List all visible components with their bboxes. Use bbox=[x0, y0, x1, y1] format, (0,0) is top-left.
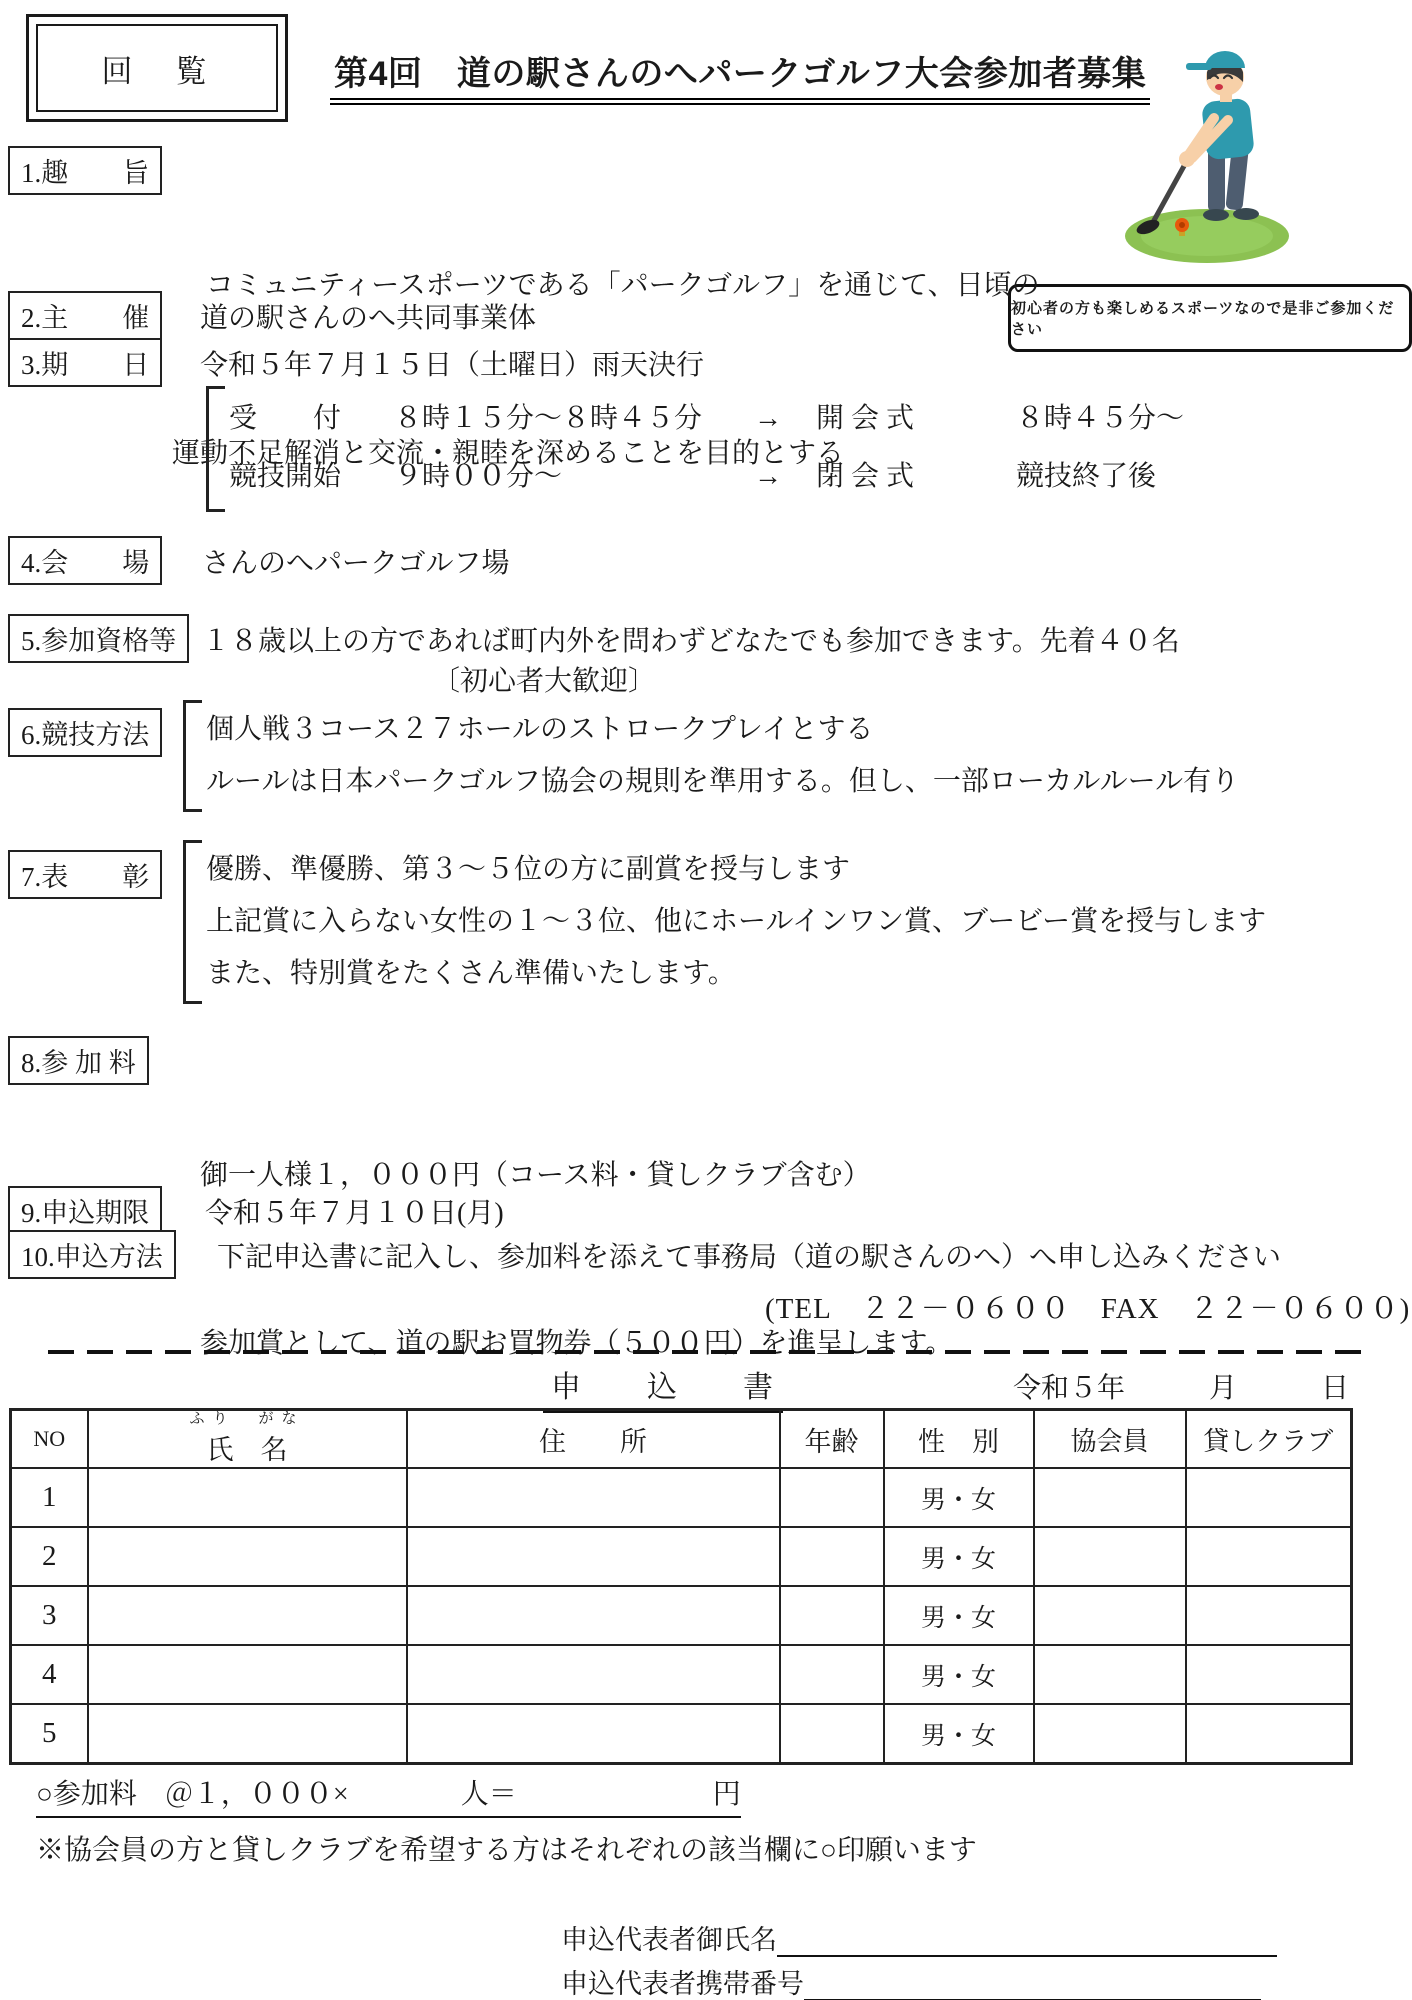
representative-phone-blank bbox=[804, 1965, 1261, 2000]
rules-line2: ルールは日本パークゴルフ協会の規則を準用する。但し、一部ローカルルール有り bbox=[206, 756, 1239, 808]
awards-line3: また、特別賞をたくさん準備いたします。 bbox=[206, 948, 1266, 1000]
section-label-date: 3.期 日 bbox=[8, 338, 162, 387]
row-number: 4 bbox=[11, 1645, 88, 1704]
section-label-eligibility: 5.参加資格等 bbox=[8, 614, 189, 663]
header-name-main: 氏 名 bbox=[89, 1428, 406, 1467]
hands-shape bbox=[1179, 151, 1195, 167]
rules-line1: 個人戦３コース２７ホールのストロークプレイとする bbox=[206, 704, 1239, 756]
name-cell bbox=[88, 1586, 407, 1645]
rental-cell bbox=[1186, 1468, 1352, 1527]
schedule-row-reception: 受 付 ８時１５分～８時４５分 → 開 会 式 ８時４５分～ bbox=[229, 390, 1184, 448]
gender-cell: 男・女 bbox=[884, 1704, 1034, 1764]
section-label-deadline: 9.申込期限 bbox=[8, 1186, 162, 1235]
section-label-apply: 10.申込方法 bbox=[8, 1230, 176, 1279]
apply-text: 下記申込書に記入し、参加料を添えて事務局（道の駅さんのへ）へ申し込みください bbox=[217, 1230, 1281, 1286]
mouth-shape bbox=[1215, 84, 1223, 90]
schedule-row-start: 競技開始 ９時００分～ → 閉 会 式 競技終了後 bbox=[229, 448, 1184, 506]
schedule-item: 受 付 bbox=[229, 390, 394, 448]
section-label-awards: 7.表 彰 bbox=[8, 850, 162, 899]
golfer-icon bbox=[1120, 44, 1295, 272]
gender-cell: 男・女 bbox=[884, 1468, 1034, 1527]
eligibility-text: １８歳以上の方であれば町内外を問わずどなたでも参加できます。先着４０名 bbox=[202, 614, 1180, 670]
header-gender: 性 別 bbox=[884, 1410, 1034, 1469]
header-name-ruby: ふり がな bbox=[89, 1411, 406, 1428]
rules-block: 個人戦３コース２７ホールのストロークプレイとする ルールは日本パークゴルフ協会の… bbox=[183, 700, 1239, 812]
flyer-page: 回 覧 第4回 道の駅さんのへパークゴルフ大会参加者募集 bbox=[0, 0, 1412, 2000]
golfer-illustration bbox=[1120, 44, 1295, 277]
age-cell bbox=[780, 1586, 884, 1645]
name-cell bbox=[88, 1645, 407, 1704]
schedule-time: ９時００分～ bbox=[394, 448, 754, 506]
row-number: 1 bbox=[11, 1468, 88, 1527]
form-fee-line: ○参加料 ＠１，０００× 人＝ 円 bbox=[36, 1772, 741, 1818]
shoe-front bbox=[1233, 208, 1259, 220]
name-cell bbox=[88, 1527, 407, 1586]
form-title: 申 込 書 bbox=[543, 1362, 783, 1413]
age-cell bbox=[780, 1468, 884, 1527]
member-cell bbox=[1034, 1527, 1186, 1586]
awards-block: 優勝、準優勝、第３～５位の方に副賞を授与します 上記賞に入らない女性の１～３位、… bbox=[183, 840, 1266, 1004]
address-cell bbox=[407, 1468, 780, 1527]
representative-phone-row: 申込代表者携帯番号 bbox=[561, 1962, 1261, 2000]
cap-brim bbox=[1186, 63, 1212, 70]
apply-contact: (TEL ２２－０６００ FAX ２２－０６００) bbox=[765, 1286, 1410, 1327]
address-cell bbox=[407, 1586, 780, 1645]
name-cell bbox=[88, 1468, 407, 1527]
member-cell bbox=[1034, 1645, 1186, 1704]
arrow-icon: → bbox=[754, 448, 816, 506]
section-label-organizer: 2.主 催 bbox=[8, 291, 162, 340]
representative-name-blank bbox=[777, 1921, 1277, 1957]
address-cell bbox=[407, 1527, 780, 1586]
header-rental: 貸しクラブ bbox=[1186, 1410, 1352, 1469]
header-member: 協会員 bbox=[1034, 1410, 1186, 1469]
address-cell bbox=[407, 1704, 780, 1764]
rental-cell bbox=[1186, 1704, 1352, 1764]
rental-cell bbox=[1186, 1586, 1352, 1645]
awards-line2: 上記賞に入らない女性の１～３位、他にホールインワン賞、ブービー賞を授与します bbox=[206, 896, 1266, 948]
gender-cell: 男・女 bbox=[884, 1645, 1034, 1704]
circulation-box: 回 覧 bbox=[26, 14, 288, 122]
illustration-caption: 初心者の方も楽しめるスポーツなので是非ご参加ください bbox=[1011, 297, 1409, 339]
representative-phone-label: 申込代表者携帯番号 bbox=[561, 1962, 804, 2000]
schedule-item2: 開 会 式 bbox=[816, 390, 1016, 448]
age-cell bbox=[780, 1527, 884, 1586]
schedule-item: 競技開始 bbox=[229, 448, 394, 506]
schedule-time2: ８時４５分～ bbox=[1016, 390, 1184, 448]
eligibility-note: 〔初心者大歓迎〕 bbox=[432, 658, 656, 706]
application-table: NO ふり がな 氏 名 住 所 年齢 性 別 協会員 貸しクラブ 1 男・女 … bbox=[9, 1408, 1353, 1765]
awards-bracket bbox=[183, 840, 202, 1004]
ball-center-shape bbox=[1179, 222, 1185, 228]
form-date-line: 令和５年 月 日 bbox=[1013, 1366, 1349, 1406]
age-cell bbox=[780, 1645, 884, 1704]
schedule-time2: 競技終了後 bbox=[1016, 448, 1184, 506]
row-number: 3 bbox=[11, 1586, 88, 1645]
section-label-fee: 8.参 加 料 bbox=[8, 1036, 149, 1085]
header-name: ふり がな 氏 名 bbox=[88, 1410, 407, 1469]
representative-name-row: 申込代表者御氏名 bbox=[561, 1918, 1277, 1957]
member-cell bbox=[1034, 1586, 1186, 1645]
page-title: 第4回 道の駅さんのへパークゴルフ大会参加者募集 bbox=[330, 46, 1150, 105]
member-cell bbox=[1034, 1468, 1186, 1527]
header-address: 住 所 bbox=[407, 1410, 780, 1469]
grass-inner-shape bbox=[1141, 216, 1273, 256]
form-note: ※協会員の方と貸しクラブを希望する方はそれぞれの該当欄に○印願います bbox=[36, 1828, 977, 1868]
table-header-row: NO ふり がな 氏 名 住 所 年齢 性 別 協会員 貸しクラブ bbox=[11, 1410, 1352, 1469]
section-label-rules: 6.競技方法 bbox=[8, 708, 162, 757]
rules-bracket bbox=[183, 700, 202, 812]
member-cell bbox=[1034, 1704, 1186, 1764]
rental-cell bbox=[1186, 1645, 1352, 1704]
table-row: 2 男・女 bbox=[11, 1527, 1352, 1586]
awards-lines: 優勝、準優勝、第３～５位の方に副賞を授与します 上記賞に入らない女性の１～３位、… bbox=[202, 840, 1266, 1004]
venue-text: さんのへパークゴルフ場 bbox=[202, 536, 509, 592]
circulation-label: 回 覧 bbox=[36, 24, 278, 112]
row-number: 5 bbox=[11, 1704, 88, 1764]
representative-name-label: 申込代表者御氏名 bbox=[561, 1918, 777, 1957]
schedule-block: 受 付 ８時１５分～８時４５分 → 開 会 式 ８時４５分～ 競技開始 ９時００… bbox=[206, 386, 1184, 512]
rules-lines: 個人戦３コース２７ホールのストロークプレイとする ルールは日本パークゴルフ協会の… bbox=[202, 700, 1239, 812]
table-row: 1 男・女 bbox=[11, 1468, 1352, 1527]
awards-line1: 優勝、準優勝、第３～５位の方に副賞を授与します bbox=[206, 844, 1266, 896]
schedule-rows: 受 付 ８時１５分～８時４５分 → 開 会 式 ８時４５分～ 競技開始 ９時００… bbox=[225, 386, 1184, 512]
name-cell bbox=[88, 1704, 407, 1764]
table-row: 5 男・女 bbox=[11, 1704, 1352, 1764]
table-row: 3 男・女 bbox=[11, 1586, 1352, 1645]
gender-cell: 男・女 bbox=[884, 1527, 1034, 1586]
cut-line bbox=[48, 1350, 1362, 1354]
rental-cell bbox=[1186, 1527, 1352, 1586]
age-cell bbox=[780, 1704, 884, 1764]
illustration-caption-box: 初心者の方も楽しめるスポーツなので是非ご参加ください bbox=[1008, 284, 1412, 352]
arrow-icon: → bbox=[754, 390, 816, 448]
section-label-purpose: 1.趣 旨 bbox=[8, 146, 162, 195]
header-age: 年齢 bbox=[780, 1410, 884, 1469]
header-no: NO bbox=[11, 1410, 88, 1469]
schedule-bracket bbox=[206, 386, 225, 512]
gender-cell: 男・女 bbox=[884, 1586, 1034, 1645]
row-number: 2 bbox=[11, 1527, 88, 1586]
schedule-item2: 閉 会 式 bbox=[816, 448, 1016, 506]
schedule-time: ８時１５分～８時４５分 bbox=[394, 390, 754, 448]
shoe-back bbox=[1203, 209, 1229, 221]
table-row: 4 男・女 bbox=[11, 1645, 1352, 1704]
section-label-venue: 4.会 場 bbox=[8, 536, 162, 585]
address-cell bbox=[407, 1645, 780, 1704]
